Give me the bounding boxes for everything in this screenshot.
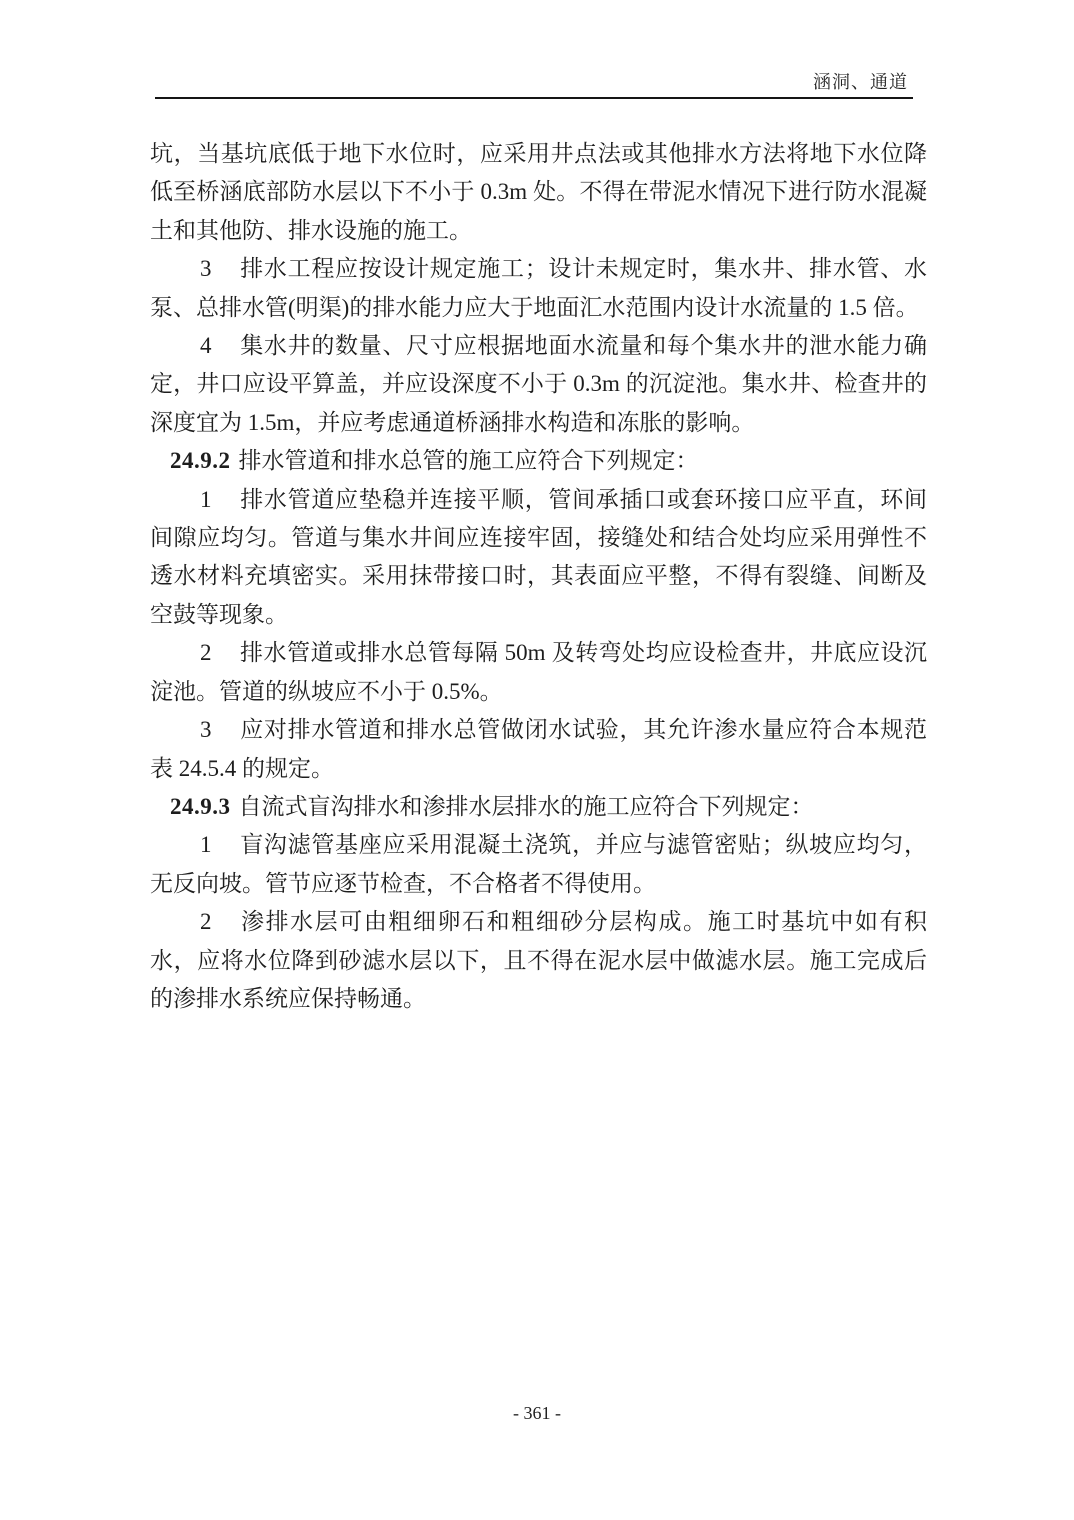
page-number: - 361 -: [0, 1400, 1074, 1426]
item-number: 4: [200, 333, 212, 358]
list-item: 3排水工程应按设计规定施工；设计未规定时，集水井、排水管、水泵、总排水管(明渠)…: [150, 250, 927, 327]
item-text: 应对排水管道和排水总管做闭水试验，其允许渗水量应符合本规范表 24.5.4 的规…: [150, 717, 927, 780]
header-divider-rule: [155, 97, 913, 99]
item-number: 1: [200, 832, 212, 857]
section-number: 24.9.3: [170, 794, 231, 819]
list-item: 1排水管道应垫稳并连接平顺，管间承插口或套环接口应平直，环间间隙应均匀。管道与集…: [150, 481, 927, 635]
section-heading-text: 排水管道和排水总管的施工应符合下列规定：: [239, 448, 699, 473]
item-number: 3: [200, 717, 212, 742]
item-text: 排水管道或排水总管每隔 50m 及转弯处均应设检查井，井底应设沉淀池。管道的纵坡…: [150, 640, 927, 703]
paragraph-continuation: 坑，当基坑底低于地下水位时，应采用井点法或其他排水方法将地下水位降低至桥涵底部防…: [150, 135, 927, 250]
list-item: 2排水管道或排水总管每隔 50m 及转弯处均应设检查井，井底应设沉淀池。管道的纵…: [150, 634, 927, 711]
item-number: 1: [200, 487, 212, 512]
section-heading-text: 自流式盲沟排水和渗排水层排水的施工应符合下列规定：: [239, 794, 814, 819]
section-heading: 24.9.3自流式盲沟排水和渗排水层排水的施工应符合下列规定：: [150, 788, 927, 826]
item-text: 盲沟滤管基座应采用混凝土浇筑，并应与滤管密贴；纵坡应均匀，无反向坡。管节应逐节检…: [150, 832, 927, 895]
item-text: 排水管道应垫稳并连接平顺，管间承插口或套环接口应平直，环间间隙应均匀。管道与集水…: [150, 487, 927, 627]
item-number: 3: [200, 256, 212, 281]
document-body: 坑，当基坑底低于地下水位时，应采用井点法或其他排水方法将地下水位降低至桥涵底部防…: [150, 135, 927, 1018]
item-number: 2: [200, 640, 212, 665]
item-text: 排水工程应按设计规定施工；设计未规定时，集水井、排水管、水泵、总排水管(明渠)的…: [150, 256, 927, 319]
list-item: 2渗排水层可由粗细卵石和粗细砂分层构成。施工时基坑中如有积水，应将水位降到砂滤水…: [150, 903, 927, 1018]
page-header-section-title: 涵洞、通道: [813, 70, 908, 94]
list-item: 4集水井的数量、尺寸应根据地面水流量和每个集水井的泄水能力确定，井口应设平算盖，…: [150, 327, 927, 442]
section-heading: 24.9.2排水管道和排水总管的施工应符合下列规定：: [150, 442, 927, 480]
list-item: 3应对排水管道和排水总管做闭水试验，其允许渗水量应符合本规范表 24.5.4 的…: [150, 711, 927, 788]
section-number: 24.9.2: [170, 448, 231, 473]
list-item: 1盲沟滤管基座应采用混凝土浇筑，并应与滤管密贴；纵坡应均匀，无反向坡。管节应逐节…: [150, 826, 927, 903]
item-text: 渗排水层可由粗细卵石和粗细砂分层构成。施工时基坑中如有积水，应将水位降到砂滤水层…: [150, 909, 927, 1011]
item-text: 集水井的数量、尺寸应根据地面水流量和每个集水井的泄水能力确定，井口应设平算盖，并…: [150, 333, 927, 435]
item-number: 2: [200, 909, 212, 934]
